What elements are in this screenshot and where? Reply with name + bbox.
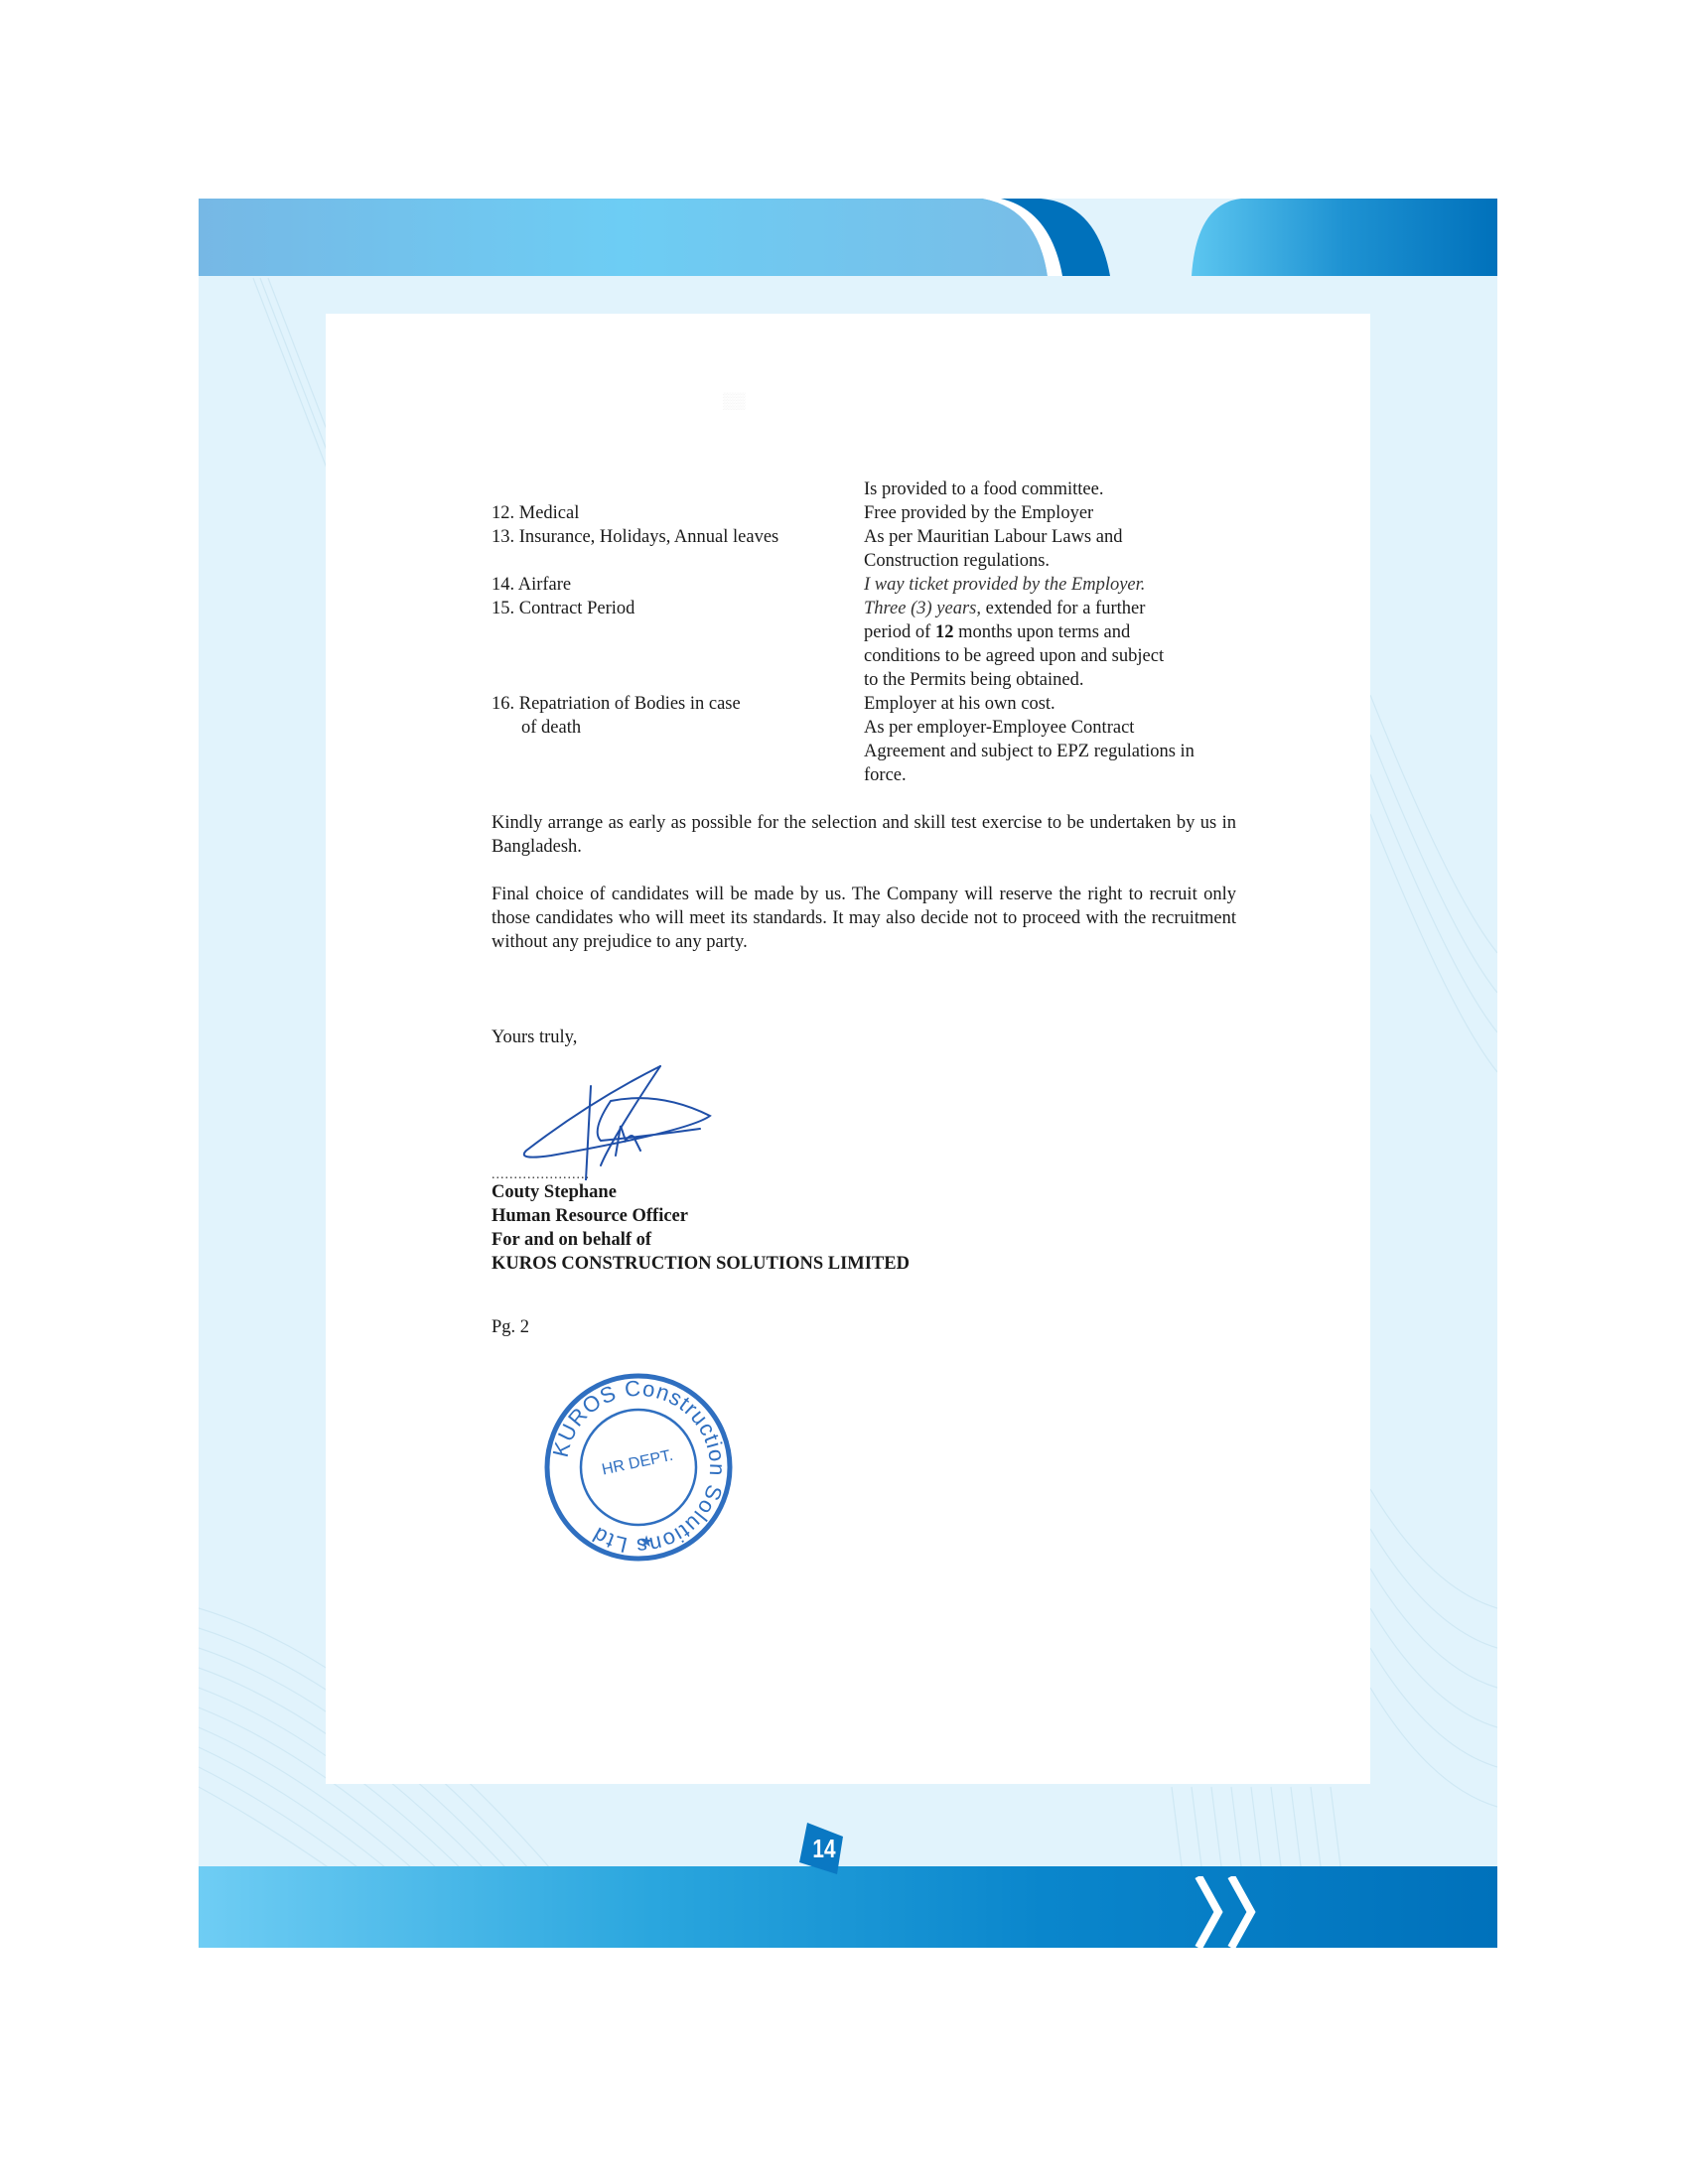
term-row-airfare: 14. Airfare I way ticket provided by the… bbox=[492, 573, 1236, 597]
term-row: Is provided to a food committee. bbox=[492, 478, 1236, 501]
header-band-shapes bbox=[199, 199, 1497, 276]
header-band bbox=[199, 199, 1497, 276]
signature-block bbox=[492, 1051, 1236, 1170]
term-value-line: Three (3) years, extended for a further bbox=[864, 597, 1236, 620]
terms-list: Is provided to a food committee. 12. Med… bbox=[492, 478, 1236, 787]
term-value-line: Employer at his own cost. bbox=[864, 692, 1236, 716]
term-row-repatriation: 16. Repatriation of Bodies in case of de… bbox=[492, 692, 1236, 787]
term-value-line: As per employer-Employee Contract bbox=[864, 716, 1236, 740]
letter-body: Is provided to a food committee. 12. Med… bbox=[492, 478, 1236, 1339]
term-label: 14. Airfare bbox=[492, 573, 864, 597]
term-value-text: months upon terms and bbox=[953, 622, 1130, 642]
signer-company: KUROS CONSTRUCTION SOLUTIONS LIMITED bbox=[492, 1252, 1236, 1276]
paragraph-final-choice: Final choice of candidates will be made … bbox=[492, 883, 1236, 954]
signer-title: Human Resource Officer bbox=[492, 1204, 1236, 1228]
term-value-text: extended for a further bbox=[981, 599, 1145, 618]
term-value-line: I way ticket provided by the Employer. bbox=[864, 573, 1236, 597]
term-value-text: period of bbox=[864, 622, 935, 642]
term-label: 15. Contract Period bbox=[492, 597, 864, 692]
term-value: Three (3) years, extended for a further … bbox=[864, 597, 1236, 692]
stamp-star-icon: ★ bbox=[639, 1534, 653, 1551]
term-label-line: of death bbox=[492, 716, 864, 740]
footer-band bbox=[199, 1866, 1497, 1948]
term-value-line: Free provided by the Employer bbox=[864, 501, 1236, 525]
term-value: Employer at his own cost. As per employe… bbox=[864, 692, 1236, 787]
contract-duration: Three (3) years, bbox=[864, 599, 981, 618]
term-row-contract-period: 15. Contract Period Three (3) years, ext… bbox=[492, 597, 1236, 692]
company-stamp-icon: KUROS Construction Solutions Ltd HR DEPT… bbox=[539, 1368, 738, 1567]
closing: Yours truly, bbox=[492, 1025, 1236, 1049]
term-label: 13. Insurance, Holidays, Annual leaves bbox=[492, 525, 864, 573]
letter-sheet: ▒▒ Is provided to a food committee. 12. … bbox=[326, 314, 1370, 1784]
page-number: 14 bbox=[810, 1831, 839, 1866]
term-value-line: Agreement and subject to EPZ regulations… bbox=[864, 740, 1236, 763]
term-value: Free provided by the Employer bbox=[864, 501, 1236, 525]
term-value-line: Is provided to a food committee. bbox=[864, 478, 1236, 501]
term-value-line: conditions to be agreed upon and subject bbox=[864, 644, 1236, 668]
term-value-line: As per Mauritian Labour Laws and bbox=[864, 525, 1236, 549]
brochure-page: ▒▒ Is provided to a food committee. 12. … bbox=[199, 199, 1497, 1948]
paragraph-selection: Kindly arrange as early as possible for … bbox=[492, 811, 1236, 859]
term-value-line: force. bbox=[864, 763, 1236, 787]
term-label: 12. Medical bbox=[492, 501, 864, 525]
signer-name: Couty Stephane bbox=[492, 1180, 1236, 1204]
term-label-line: 16. Repatriation of Bodies in case bbox=[492, 692, 864, 716]
extension-months: 12 bbox=[935, 622, 954, 642]
page-label: Pg. 2 bbox=[492, 1315, 1236, 1339]
stamp-center-text: HR DEPT. bbox=[601, 1447, 675, 1479]
signer-on-behalf: For and on behalf of bbox=[492, 1228, 1236, 1252]
term-label bbox=[492, 478, 864, 501]
term-row-insurance: 13. Insurance, Holidays, Annual leaves A… bbox=[492, 525, 1236, 573]
term-value: As per Mauritian Labour Laws and Constru… bbox=[864, 525, 1236, 573]
signature-icon bbox=[511, 1061, 750, 1180]
term-label: 16. Repatriation of Bodies in case of de… bbox=[492, 692, 864, 787]
double-chevron-icon bbox=[1187, 1876, 1296, 1948]
term-row-medical: 12. Medical Free provided by the Employe… bbox=[492, 501, 1236, 525]
term-value: Is provided to a food committee. bbox=[864, 478, 1236, 501]
term-value-line: Construction regulations. bbox=[864, 549, 1236, 573]
term-value: I way ticket provided by the Employer. bbox=[864, 573, 1236, 597]
term-value-line: to the Permits being obtained. bbox=[864, 668, 1236, 692]
bleed-through-mark: ▒▒ bbox=[723, 393, 746, 411]
term-value-line: period of 12 months upon terms and bbox=[864, 620, 1236, 644]
